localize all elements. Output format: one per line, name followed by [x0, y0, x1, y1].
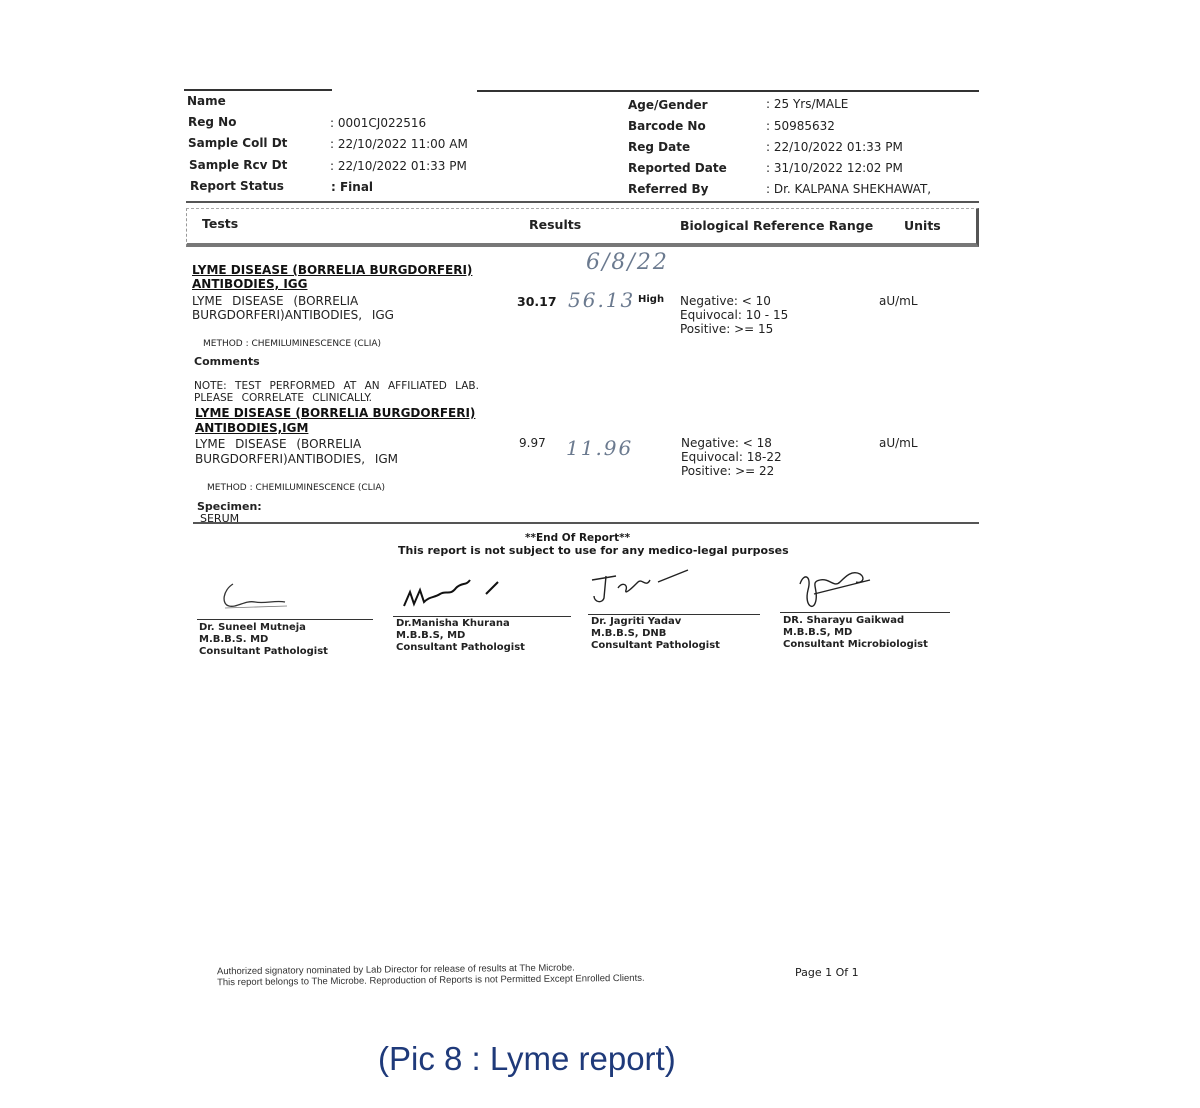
signature-line-1 [197, 619, 373, 620]
info-bottom-rule [186, 201, 979, 203]
value-reported-date: : 31/10/2022 12:02 PM [766, 161, 903, 175]
signatory-title: Consultant Pathologist [591, 640, 720, 652]
value-referred-by: : Dr. KALPANA SHEKHAWAT, [766, 182, 931, 196]
end-of-report: **End Of Report** [525, 532, 630, 544]
signature-icon-gaikwad [790, 566, 880, 614]
result-flag-igg: High [638, 294, 664, 305]
test-name-igm-line2: BURGDORFERI)ANTIBODIES, IGM [195, 452, 398, 466]
section-title-igm-line1: LYME DISEASE (BORRELIA BURGDORFERI) [195, 406, 475, 420]
value-barcode-no: : 50985632 [766, 119, 835, 133]
value-age-gender: : 25 Yrs/MALE [766, 97, 848, 111]
signatory-yadav: Dr. Jagriti Yadav M.B.B.S, DNB Consultan… [591, 616, 720, 652]
reference-range-igg: Negative: < 10 Equivocal: 10 - 15 Positi… [680, 294, 788, 336]
label-sample-coll-dt: Sample Coll Dt [188, 136, 287, 150]
signatory-title: Consultant Pathologist [199, 646, 328, 658]
label-reg-date: Reg Date [628, 140, 690, 154]
label-barcode-no: Barcode No [628, 119, 706, 133]
label-sample-rcv-dt: Sample Rcv Dt [189, 158, 287, 172]
label-name: Name [187, 94, 226, 108]
test-name-igg-line1: LYME DISEASE (BORRELIA [192, 294, 358, 308]
results-bottom-rule [193, 522, 979, 524]
result-value-igg: 30.17 [517, 294, 557, 309]
signature-line-4 [780, 612, 950, 613]
signature-icon-mutneja [215, 578, 295, 614]
signatory-degree: M.B.B.S, DNB [591, 628, 720, 640]
signatory-name: DR. Sharayu Gaikwad [783, 615, 928, 627]
page-number: Page 1 Of 1 [795, 966, 859, 979]
units-igm: aU/mL [879, 436, 918, 450]
range-equivocal-igg: Equivocal: 10 - 15 [680, 308, 788, 322]
value-sample-rcv-dt: : 22/10/2022 01:33 PM [330, 159, 467, 173]
label-report-status: Report Status [190, 179, 284, 193]
signatory-gaikwad: DR. Sharayu Gaikwad M.B.B.S, MD Consulta… [783, 615, 928, 651]
value-reg-date: : 22/10/2022 01:33 PM [766, 140, 903, 154]
figure-caption: (Pic 8 : Lyme report) [378, 1040, 676, 1078]
test-name-igg-line2: BURGDORFERI)ANTIBODIES, IGG [192, 308, 394, 322]
footer-notice: Authorized signatory nominated by Lab Di… [217, 962, 645, 988]
note-line1: NOTE: TEST PERFORMED AT AN AFFILIATED LA… [194, 380, 479, 392]
signature-icon-khurana [400, 572, 510, 612]
signatory-degree: M.B.B.S, MD [396, 630, 525, 642]
label-age-gender: Age/Gender [628, 98, 708, 112]
handwritten-result-igm: 11.96 [566, 436, 633, 460]
signatory-degree: M.B.B.S. MD [199, 634, 328, 646]
value-reg-no: : 0001CJ022516 [330, 116, 426, 130]
signatory-name: Dr. Jagriti Yadav [591, 616, 720, 628]
handwritten-date: 6/8/22 [586, 250, 669, 275]
section-title-igg-line2: ANTIBODIES, IGG [192, 277, 308, 291]
range-positive-igm: Positive: >= 22 [681, 464, 782, 478]
signatory-mutneja: Dr. Suneel Mutneja M.B.B.S. MD Consultan… [199, 622, 328, 658]
range-positive-igg: Positive: >= 15 [680, 322, 788, 336]
value-sample-coll-dt: : 22/10/2022 11:00 AM [330, 137, 468, 151]
handwritten-result-igg: 56.13 [568, 288, 635, 312]
comments-label: Comments [194, 355, 260, 368]
signatory-khurana: Dr.Manisha Khurana M.B.B.S, MD Consultan… [396, 618, 525, 654]
method-igg: METHOD : CHEMILUMINESCENCE (CLIA) [203, 339, 381, 349]
range-equivocal-igm: Equivocal: 18-22 [681, 450, 782, 464]
label-reported-date: Reported Date [628, 161, 727, 175]
note-line2: PLEASE CORRELATE CLINICALLY. [194, 392, 372, 404]
label-reg-no: Reg No [188, 115, 236, 129]
range-negative-igm: Negative: < 18 [681, 436, 782, 450]
signature-line-2 [393, 616, 571, 617]
range-negative-igg: Negative: < 10 [680, 294, 788, 308]
label-referred-by: Referred By [628, 182, 708, 196]
signature-icon-yadav [588, 568, 698, 608]
disclaimer: This report is not subject to use for an… [398, 544, 789, 557]
signatory-name: Dr.Manisha Khurana [396, 618, 525, 630]
test-name-igm-line1: LYME DISEASE (BORRELIA [195, 437, 361, 451]
signatory-title: Consultant Pathologist [396, 642, 525, 654]
section-title-igg-line1: LYME DISEASE (BORRELIA BURGDORFERI) [192, 263, 472, 277]
units-igg: aU/mL [879, 294, 918, 308]
reference-range-igm: Negative: < 18 Equivocal: 18-22 Positive… [681, 436, 782, 478]
result-value-igm: 9.97 [519, 436, 546, 450]
column-header-range: Biological Reference Range [680, 218, 873, 233]
method-igm: METHOD : CHEMILUMINESCENCE (CLIA) [207, 483, 385, 493]
signatory-degree: M.B.B.S, MD [783, 627, 928, 639]
column-header-units: Units [904, 218, 941, 233]
header-rule-left [184, 89, 332, 91]
header-rule-right [477, 90, 979, 92]
column-header-results: Results [529, 217, 581, 232]
value-report-status: : Final [331, 180, 373, 194]
column-header-tests: Tests [202, 216, 238, 231]
signatory-name: Dr. Suneel Mutneja [199, 622, 328, 634]
section-title-igm-line2: ANTIBODIES,IGM [195, 421, 308, 435]
signature-line-3 [588, 614, 760, 615]
signatory-title: Consultant Microbiologist [783, 639, 928, 651]
